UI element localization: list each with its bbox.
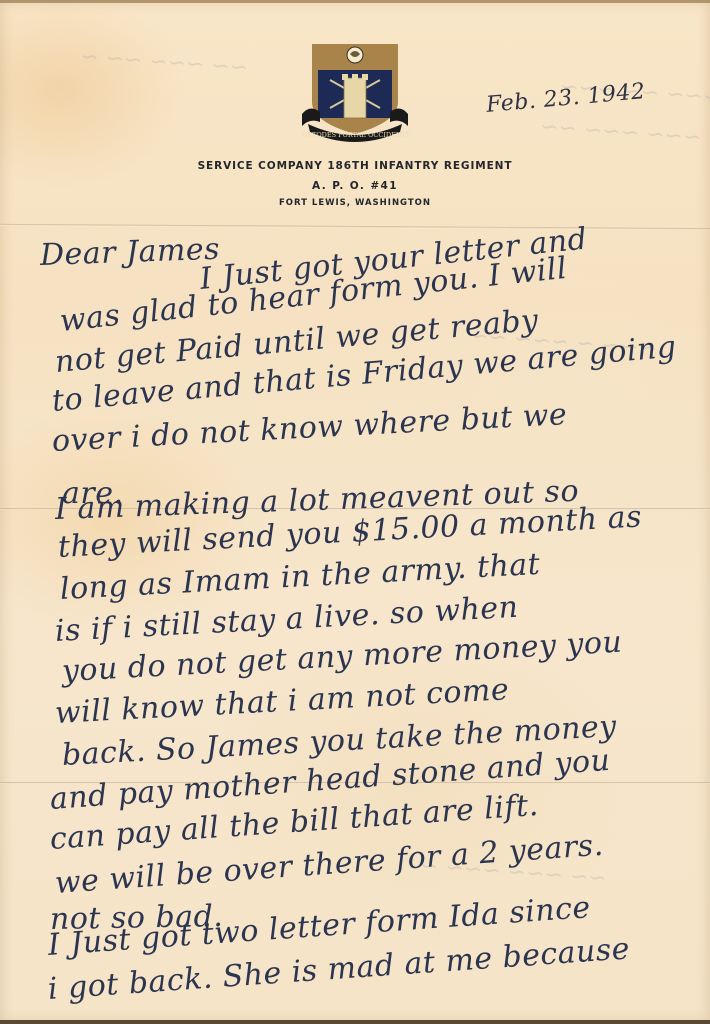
regimental-crest-icon: CUSTODES PORTAE OCCIDENTIS bbox=[300, 42, 410, 142]
paper-fold bbox=[0, 224, 710, 230]
letterhead-location: FORT LEWIS, WASHINGTON bbox=[0, 198, 710, 208]
letterhead-unit: SERVICE COMPANY 186TH INFANTRY REGIMENT bbox=[0, 160, 710, 172]
bleed-through-text: ~~ ~~~ ~~ ~ bbox=[79, 44, 249, 81]
paper-top-edge bbox=[0, 0, 710, 3]
bleed-through-text: ~~~ ~~~ ~~ bbox=[539, 114, 702, 150]
salutation: Dear James bbox=[39, 232, 220, 273]
paper-bottom-edge bbox=[0, 1020, 710, 1024]
letter-date: Feb. 23. 1942 bbox=[485, 79, 646, 118]
svg-text:CUSTODES PORTAE OCCIDENTIS: CUSTODES PORTAE OCCIDENTIS bbox=[300, 131, 410, 139]
letterhead-apo: A. P. O. #41 bbox=[0, 180, 710, 192]
letter-page: ~~~ ~~ ~~~ ~~~ ~~~ ~~ ~~ ~~~ ~~ ~ ~~~ ~ … bbox=[0, 0, 710, 1024]
